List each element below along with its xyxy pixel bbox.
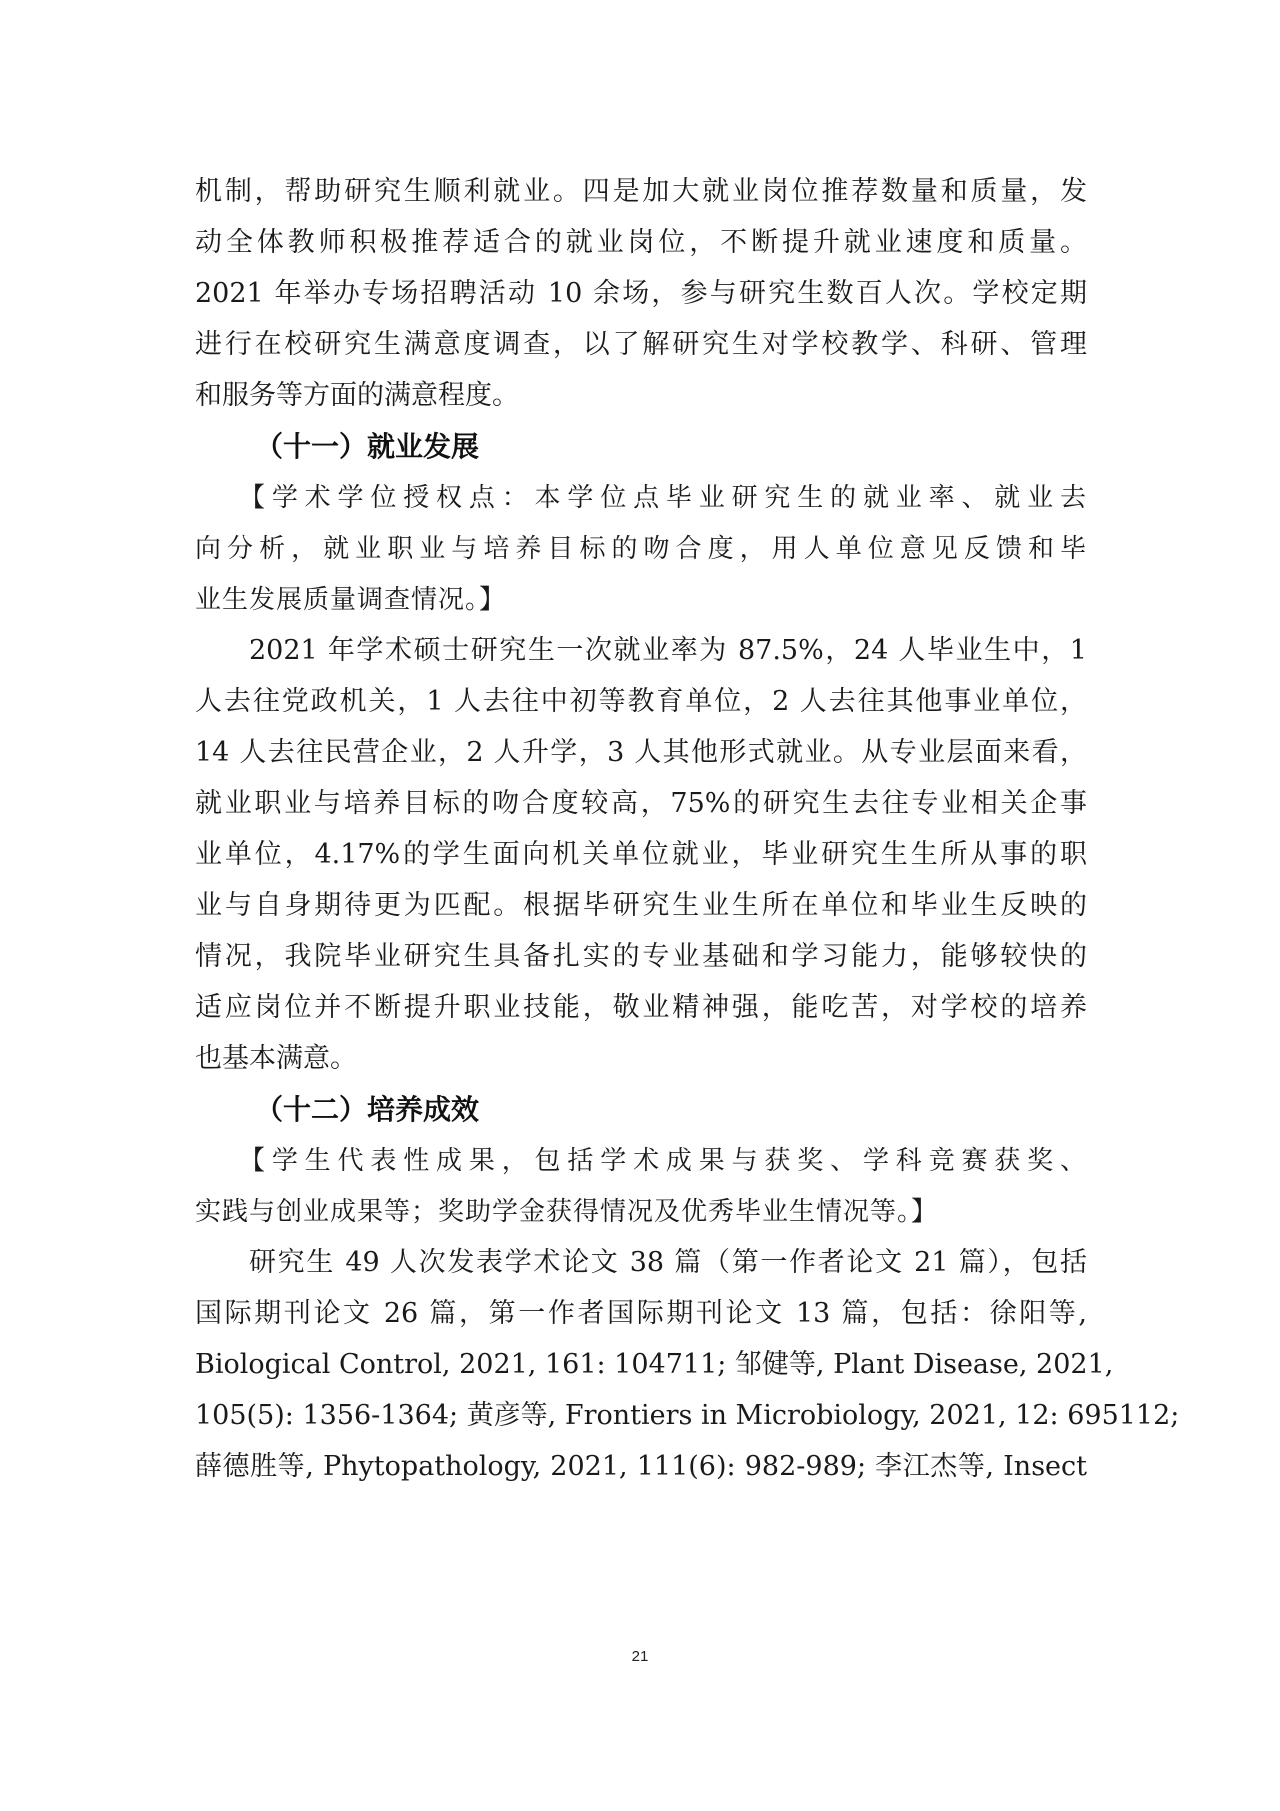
text-line: Biological Control, 2021, 161: 104711; 邹… xyxy=(195,1345,1087,1396)
text-line: 就业职业与培养目标的吻合度较高，75%的研究生去往专业相关企事 xyxy=(195,784,1087,835)
text-line: 2021 年举办专场招聘活动 10 余场，参与研究生数百人次。学校定期 xyxy=(195,274,1087,325)
intro-paragraph: 机制，帮助研究生顺利就业。四是加大就业岗位推荐数量和质量，发 动全体教师积极推荐… xyxy=(195,172,1087,427)
section-12-requirement: 【学生代表性成果，包括学术成果与获奖、学科竞赛获奖、 实践与创业成果等；奖助学金… xyxy=(195,1141,1087,1243)
requirement-line: 实践与创业成果等；奖助学金获得情况及优秀毕业生情况等。】 xyxy=(195,1192,1087,1243)
text-line: 105(5): 1356-1364; 黄彦等, Frontiers in Mic… xyxy=(195,1396,1087,1447)
section-12-body: 研究生 49 人次发表学术论文 38 篇（第一作者论文 21 篇），包括 国际期… xyxy=(195,1243,1087,1498)
text-line: 适应岗位并不断提升职业技能，敬业精神强，能吃苦，对学校的培养 xyxy=(195,988,1087,1039)
text-line: 也基本满意。 xyxy=(195,1039,1087,1090)
text-line: 研究生 49 人次发表学术论文 38 篇（第一作者论文 21 篇），包括 xyxy=(195,1243,1087,1294)
text-line: 动全体教师积极推荐适合的就业岗位，不断提升就业速度和质量。 xyxy=(195,223,1087,274)
text-line: 业单位，4.17%的学生面向机关单位就业，毕业研究生生所从事的职 xyxy=(195,835,1087,886)
requirement-line: 向分析，就业职业与培养目标的吻合度，用人单位意见反馈和毕 xyxy=(195,529,1087,580)
page-content: 机制，帮助研究生顺利就业。四是加大就业岗位推荐数量和质量，发 动全体教师积极推荐… xyxy=(195,172,1087,1498)
section-11-body: 2021 年学术硕士研究生一次就业率为 87.5%，24 人毕业生中，1 人去往… xyxy=(195,631,1087,1090)
text-line: 业与自身期待更为匹配。根据毕研究生业生所在单位和毕业生反映的 xyxy=(195,886,1087,937)
text-line: 薛德胜等, Phytopathology, 2021, 111(6): 982-… xyxy=(195,1447,1087,1498)
requirement-line: 【学生代表性成果，包括学术成果与获奖、学科竞赛获奖、 xyxy=(195,1141,1087,1192)
page-number: 21 xyxy=(0,1648,1280,1665)
requirement-line: 【学术学位授权点：本学位点毕业研究生的就业率、就业去 xyxy=(195,478,1087,529)
section-heading-employment: （十一）就业发展 xyxy=(195,427,1087,478)
section-11-requirement: 【学术学位授权点：本学位点毕业研究生的就业率、就业去 向分析，就业职业与培养目标… xyxy=(195,478,1087,631)
document-page: 机制，帮助研究生顺利就业。四是加大就业岗位推荐数量和质量，发 动全体教师积极推荐… xyxy=(0,0,1280,1811)
requirement-line: 业生发展质量调查情况。】 xyxy=(195,580,1087,631)
text-line: 进行在校研究生满意度调查，以了解研究生对学校教学、科研、管理 xyxy=(195,325,1087,376)
text-line: 人去往党政机关，1 人去往中初等教育单位，2 人去往其他事业单位， xyxy=(195,682,1087,733)
text-line: 国际期刊论文 26 篇，第一作者国际期刊论文 13 篇，包括：徐阳等, xyxy=(195,1294,1087,1345)
text-line: 2021 年学术硕士研究生一次就业率为 87.5%，24 人毕业生中，1 xyxy=(195,631,1087,682)
text-line: 和服务等方面的满意程度。 xyxy=(195,376,1087,427)
text-line: 机制，帮助研究生顺利就业。四是加大就业岗位推荐数量和质量，发 xyxy=(195,172,1087,223)
text-line: 14 人去往民营企业，2 人升学，3 人其他形式就业。从专业层面来看， xyxy=(195,733,1087,784)
text-line: 情况，我院毕业研究生具备扎实的专业基础和学习能力，能够较快的 xyxy=(195,937,1087,988)
section-heading-training-outcomes: （十二）培养成效 xyxy=(195,1090,1087,1141)
